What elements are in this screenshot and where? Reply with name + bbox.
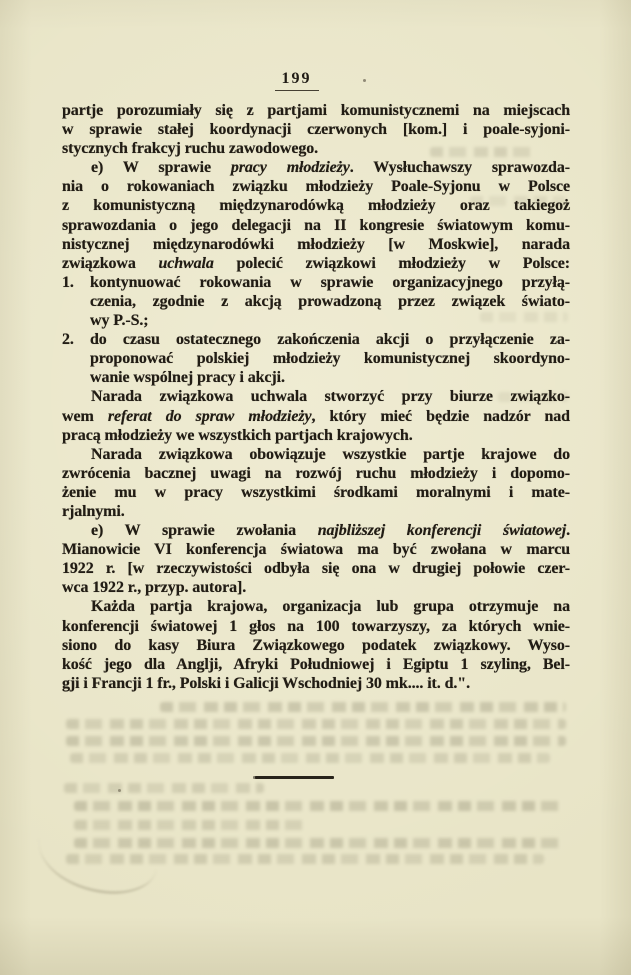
text-segment: wanie wspólnej pracy i akcji. (90, 369, 285, 386)
text-segment: żenie mu w pracy wszystkimi środkami mor… (62, 484, 570, 501)
text-line: pracą młodzieży we wszystkich partjach k… (62, 426, 570, 445)
bleedthrough-text (66, 736, 566, 746)
text-segment: stycznych frakcyj ruchu zawodowego. (62, 140, 318, 157)
text-line: czenia, zgodnie z akcją prowadzoną przez… (62, 292, 570, 311)
ink-speck (118, 789, 121, 792)
text-line: Każda partja krajowa, organizacja lub gr… (62, 597, 570, 616)
list-number: 1. (62, 273, 74, 292)
body-text: partje porozumiały się z partjami komuni… (62, 101, 570, 693)
ink-speck (363, 79, 366, 82)
text-segment: proponować polskiej młodzieży komunistyc… (90, 350, 570, 367)
text-segment: wem (62, 408, 108, 425)
text-line: rjalnymi. (62, 502, 570, 521)
text-segment: z komunistyczną międzynarodówką młodzież… (62, 197, 570, 214)
text-line: wem referat do spraw młodzieży, który mi… (62, 407, 570, 426)
text-segment: e) W sprawie zwołania (91, 522, 318, 539)
text-line: wca 1922 r., przyp. autora]. (62, 578, 570, 597)
text-segment: Narada związkowa obowiązuje wszystkie pa… (91, 446, 570, 463)
page-number: 199 (275, 70, 319, 91)
text-segment: partje porozumiały się z partjami komuni… (62, 102, 570, 119)
text-line: wanie wspólnej pracy i akcji. (62, 368, 570, 387)
text-segment: nia o rokowaniach związku młodzieży Poal… (62, 178, 570, 195)
text-segment: Każda partja krajowa, organizacja lub gr… (91, 598, 570, 615)
text-segment: . (566, 522, 570, 539)
text-line: Mianowicie VI konferencja światowa ma by… (62, 540, 570, 559)
section-divider-rule (255, 776, 334, 779)
text-line: zwrócenia bacznej uwagi na rozwój ruchu … (62, 464, 570, 483)
text-segment: e) W sprawie (91, 159, 231, 176)
text-line: kość jego dla Anglji, Afryki Południowej… (62, 655, 570, 674)
text-segment: kość jego dla Anglji, Afryki Południowej… (62, 656, 570, 673)
text-segment: siono do kasy Biura Związkowego podatek … (62, 637, 570, 654)
list-number: 2. (62, 330, 74, 349)
text-line: wy P.-S.; (62, 311, 570, 330)
text-segment: Narada związkowa uchwala stworzyć przy b… (91, 388, 570, 405)
text-line: nia o rokowaniach związku młodzieży Poal… (62, 177, 570, 196)
text-line: siono do kasy Biura Związkowego podatek … (62, 636, 570, 655)
text-segment: czenia, zgodnie z akcją prowadzoną przez… (90, 293, 570, 310)
bleedthrough-text (64, 783, 264, 793)
scanned-book-page: 199 partje porozumiały się z partjami ko… (0, 0, 631, 975)
bleedthrough-text (74, 838, 566, 848)
text-line: z komunistyczną międzynarodówką młodzież… (62, 196, 570, 215)
bleedthrough-text (66, 719, 566, 729)
italic-text: najbliższej konferencji światowej (318, 522, 566, 539)
text-segment: , który mieć będzie nadzór nad (311, 408, 570, 425)
text-segment: 1922 r. [w rzeczywistości odbyła się ona… (62, 560, 570, 577)
text-line: 2.do czasu ostatecznego zakończenia akcj… (62, 330, 570, 349)
text-segment: nistycznej międzynarodówki młodzieży [w … (62, 236, 570, 253)
text-segment: w sprawie stałej koordynacji czerwonych … (62, 121, 570, 138)
text-segment: . Wysłuchawszy sprawozda- (350, 159, 570, 176)
text-segment: gji i Francji 1 fr., Polski i Galicji Ws… (62, 675, 470, 692)
bleedthrough-text (74, 801, 562, 811)
text-segment: związkowa (62, 255, 158, 272)
page-header: 199 (0, 70, 631, 91)
text-line: związkowa uchwala polecić związkowi młod… (62, 254, 570, 273)
text-line: konferencji światowej 1 głos na 100 towa… (62, 617, 570, 636)
text-segment: Mianowicie VI konferencja światowa ma by… (62, 541, 570, 558)
ink-speck (420, 168, 422, 170)
italic-text: uchwala (158, 255, 213, 272)
bleedthrough-text (70, 753, 550, 763)
text-line: Narada związkowa obowiązuje wszystkie pa… (62, 445, 570, 464)
text-line: stycznych frakcyj ruchu zawodowego. (62, 139, 570, 158)
text-line: 1922 r. [w rzeczywistości odbyła się ona… (62, 559, 570, 578)
text-line: sprawozdania o jego delegacji na II kong… (62, 216, 570, 235)
text-segment: kontynuować rokowania w sprawie organiza… (90, 274, 570, 291)
text-line: żenie mu w pracy wszystkimi środkami mor… (62, 483, 570, 502)
text-segment: polecić związkowi młodzieży w Polsce: (214, 255, 570, 272)
text-segment: sprawozdania o jego delegacji na II kong… (62, 217, 570, 234)
text-segment: do czasu ostatecznego zakończenia akcji … (90, 331, 570, 348)
text-line: w sprawie stałej koordynacji czerwonych … (62, 120, 570, 139)
text-segment: wy P.-S.; (90, 312, 149, 329)
text-segment: pracą młodzieży we wszystkich partjach k… (62, 427, 413, 444)
text-line: 1.kontynuować rokowania w sprawie organi… (62, 273, 570, 292)
text-line: partje porozumiały się z partjami komuni… (62, 101, 570, 120)
text-line: proponować polskiej młodzieży komunistyc… (62, 349, 570, 368)
text-line: Narada związkowa uchwala stworzyć przy b… (62, 387, 570, 406)
text-line: gji i Francji 1 fr., Polski i Galicji Ws… (62, 674, 570, 693)
text-line: e) W sprawie pracy młodzieży. Wysłuchaws… (62, 158, 570, 177)
italic-text: referat do spraw młodzieży (108, 408, 312, 425)
text-line: nistycznej międzynarodówki młodzieży [w … (62, 235, 570, 254)
text-line: e) W sprawie zwołania najbliższej konfer… (62, 521, 570, 540)
bleedthrough-text (74, 820, 304, 830)
text-segment: rjalnymi. (62, 503, 125, 520)
bleedthrough-text (160, 702, 566, 712)
text-segment: konferencji światowej 1 głos na 100 towa… (62, 618, 570, 635)
italic-text: pracy młodzieży (231, 159, 350, 176)
text-segment: wca 1922 r., przyp. autora]. (62, 579, 246, 596)
text-segment: zwrócenia bacznej uwagi na rozwój ruchu … (62, 465, 570, 482)
